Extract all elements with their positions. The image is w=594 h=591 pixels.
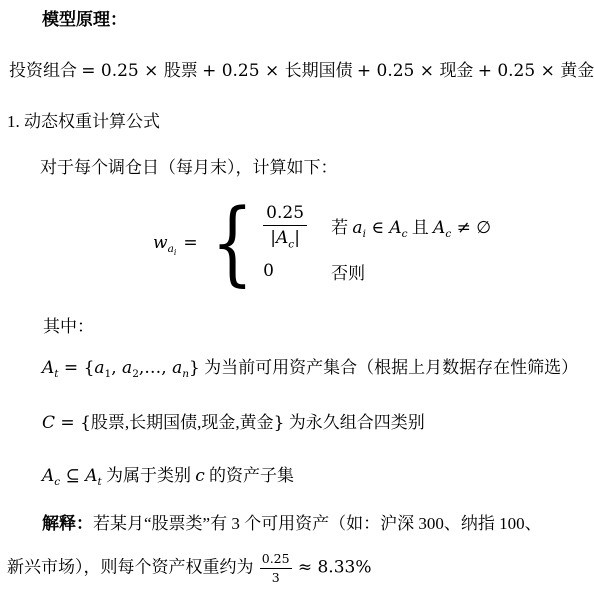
list-item-dynamic-weight-formula: 1. 动态权重计算公式 [7, 111, 160, 132]
subset-description-1: 为属于类别 [102, 466, 196, 485]
section-heading-text: 模型原理： [42, 10, 127, 29]
C-symbol: C [42, 413, 55, 433]
case-rows: 0.25 |Ac| 若 ai ∈ Ac 且 Ac ≠ ∅ 0 否则 [263, 203, 491, 284]
explanation-line-2: 新兴市场），则每个资产权重约为 0.25 3 ≈ 8.33% [7, 551, 372, 585]
weight-variable: wai [153, 233, 176, 254]
portfolio-op-1: = 0.25 × [81, 61, 164, 81]
fraction-numerator: 0.25 [263, 203, 307, 226]
portfolio-term-lhs: 投资组合 [9, 61, 81, 80]
rebalance-intro-label: 对于每个调仓日（每月末），计算如下： [40, 158, 338, 177]
portfolio-term-cash: 现金 [439, 61, 477, 80]
case-2-value: 0 [263, 261, 317, 281]
abs-bar-right: | [294, 228, 300, 248]
w-subscript-i: i [174, 249, 177, 258]
c-symbol: c [195, 466, 205, 486]
At-description: 为当前可用资产集合（根据上月数据存在性筛选） [200, 358, 578, 377]
At-symbol: A [42, 358, 54, 378]
case-condition-1: 若 ai ∈ Ac 且 Ac ≠ ∅ [331, 213, 491, 238]
inline-fraction-denominator: 3 [260, 569, 292, 586]
comma-1: , [111, 358, 122, 378]
portfolio-op-4: + 0.25 × [478, 61, 561, 81]
portfolio-term-bonds: 长期国债 [285, 61, 357, 80]
list-item-text: 1. 动态权重计算公式 [7, 112, 160, 131]
cond1-and: 且 [408, 218, 434, 237]
A-symbol: A [276, 228, 288, 248]
definition-category-subset: Ac ⊆ At 为属于类别 c 的资产子集 [42, 465, 294, 487]
At-equals-open-brace: = { [59, 358, 95, 378]
element-of-symbol: ∈ [366, 218, 389, 238]
where-label: 其中： [43, 316, 94, 337]
portfolio-formula: 投资组合 = 0.25 × 股票 + 0.25 × 长期国债 + 0.25 × … [9, 60, 594, 82]
an-symbol: a [172, 358, 182, 378]
cond1-A2: A [433, 218, 445, 238]
definition-available-assets: At = {a1, a2,…, an} 为当前可用资产集合（根据上月数据存在性筛… [42, 357, 578, 379]
Ac-symbol: A [42, 466, 54, 486]
subset-description-2: 的资产子集 [205, 466, 294, 485]
explanation-text-2: 新兴市场），则每个资产权重约为 [7, 558, 254, 577]
case-condition-2: 否则 [331, 259, 365, 284]
At-close-brace: } [189, 358, 200, 378]
explanation-label: 解释： [42, 514, 93, 533]
portfolio-term-gold: 黄金 [560, 61, 594, 80]
C-description: 为永久组合四类别 [284, 413, 424, 432]
explanation-line-1: 解释：若某月“股票类”有 3 个可用资产（如：沪深 300、纳指 100、 [42, 513, 542, 534]
weight-piecewise-formula: wai = { 0.25 |Ac| 若 ai ∈ Ac 且 Ac ≠ ∅ 0 否… [153, 201, 491, 286]
w-symbol: w [153, 233, 168, 253]
ellipsis-separator: ,…, [139, 358, 172, 378]
At2-symbol: A [85, 466, 97, 486]
equals-sign: = [183, 233, 197, 253]
portfolio-op-2: + 0.25 × [202, 61, 285, 81]
not-empty-symbol: ≠ ∅ [451, 218, 491, 238]
document-page: 模型原理： 投资组合 = 0.25 × 股票 + 0.25 × 长期国债 + 0… [0, 0, 594, 591]
case-fraction: 0.25 |Ac| [263, 203, 307, 248]
zero-value: 0 [263, 261, 274, 281]
case-row-1: 0.25 |Ac| 若 ai ∈ Ac 且 Ac ≠ ∅ [263, 203, 491, 248]
inline-fraction-numerator: 0.25 [260, 551, 292, 569]
rebalance-intro-text: 对于每个调仓日（每月末），计算如下： [40, 157, 338, 178]
definition-categories: C = {股票,长期国债,现金,黄金} 为永久组合四类别 [42, 412, 425, 434]
case-1-value: 0.25 |Ac| [263, 203, 317, 248]
a2-subscript: 2 [132, 368, 139, 380]
C-set-members: 股票,长期国债,现金,黄金 [91, 413, 274, 432]
C-close-brace: } [274, 413, 285, 433]
left-brace: { [211, 201, 253, 286]
a2-symbol: a [122, 358, 132, 378]
cond1-a: a [352, 218, 362, 238]
section-heading: 模型原理： [42, 9, 127, 30]
explanation-text-1: 若某月“股票类”有 3 个可用资产（如：沪深 300、纳指 100、 [93, 514, 542, 533]
a1-symbol: a [94, 358, 104, 378]
case-row-2: 0 否则 [263, 259, 491, 284]
approx-result: ≈ 8.33% [298, 558, 372, 578]
portfolio-term-stocks: 股票 [164, 61, 202, 80]
inline-fraction: 0.25 3 [260, 551, 292, 585]
fraction-denominator: |Ac| [263, 226, 307, 248]
cond1-A1: A [389, 218, 401, 238]
portfolio-op-3: + 0.25 × [357, 61, 440, 81]
cond1-if: 若 [331, 218, 352, 237]
subset-symbol: ⊆ [60, 466, 85, 486]
C-equals-open-brace: = { [55, 413, 91, 433]
where-label-text: 其中： [43, 317, 94, 336]
